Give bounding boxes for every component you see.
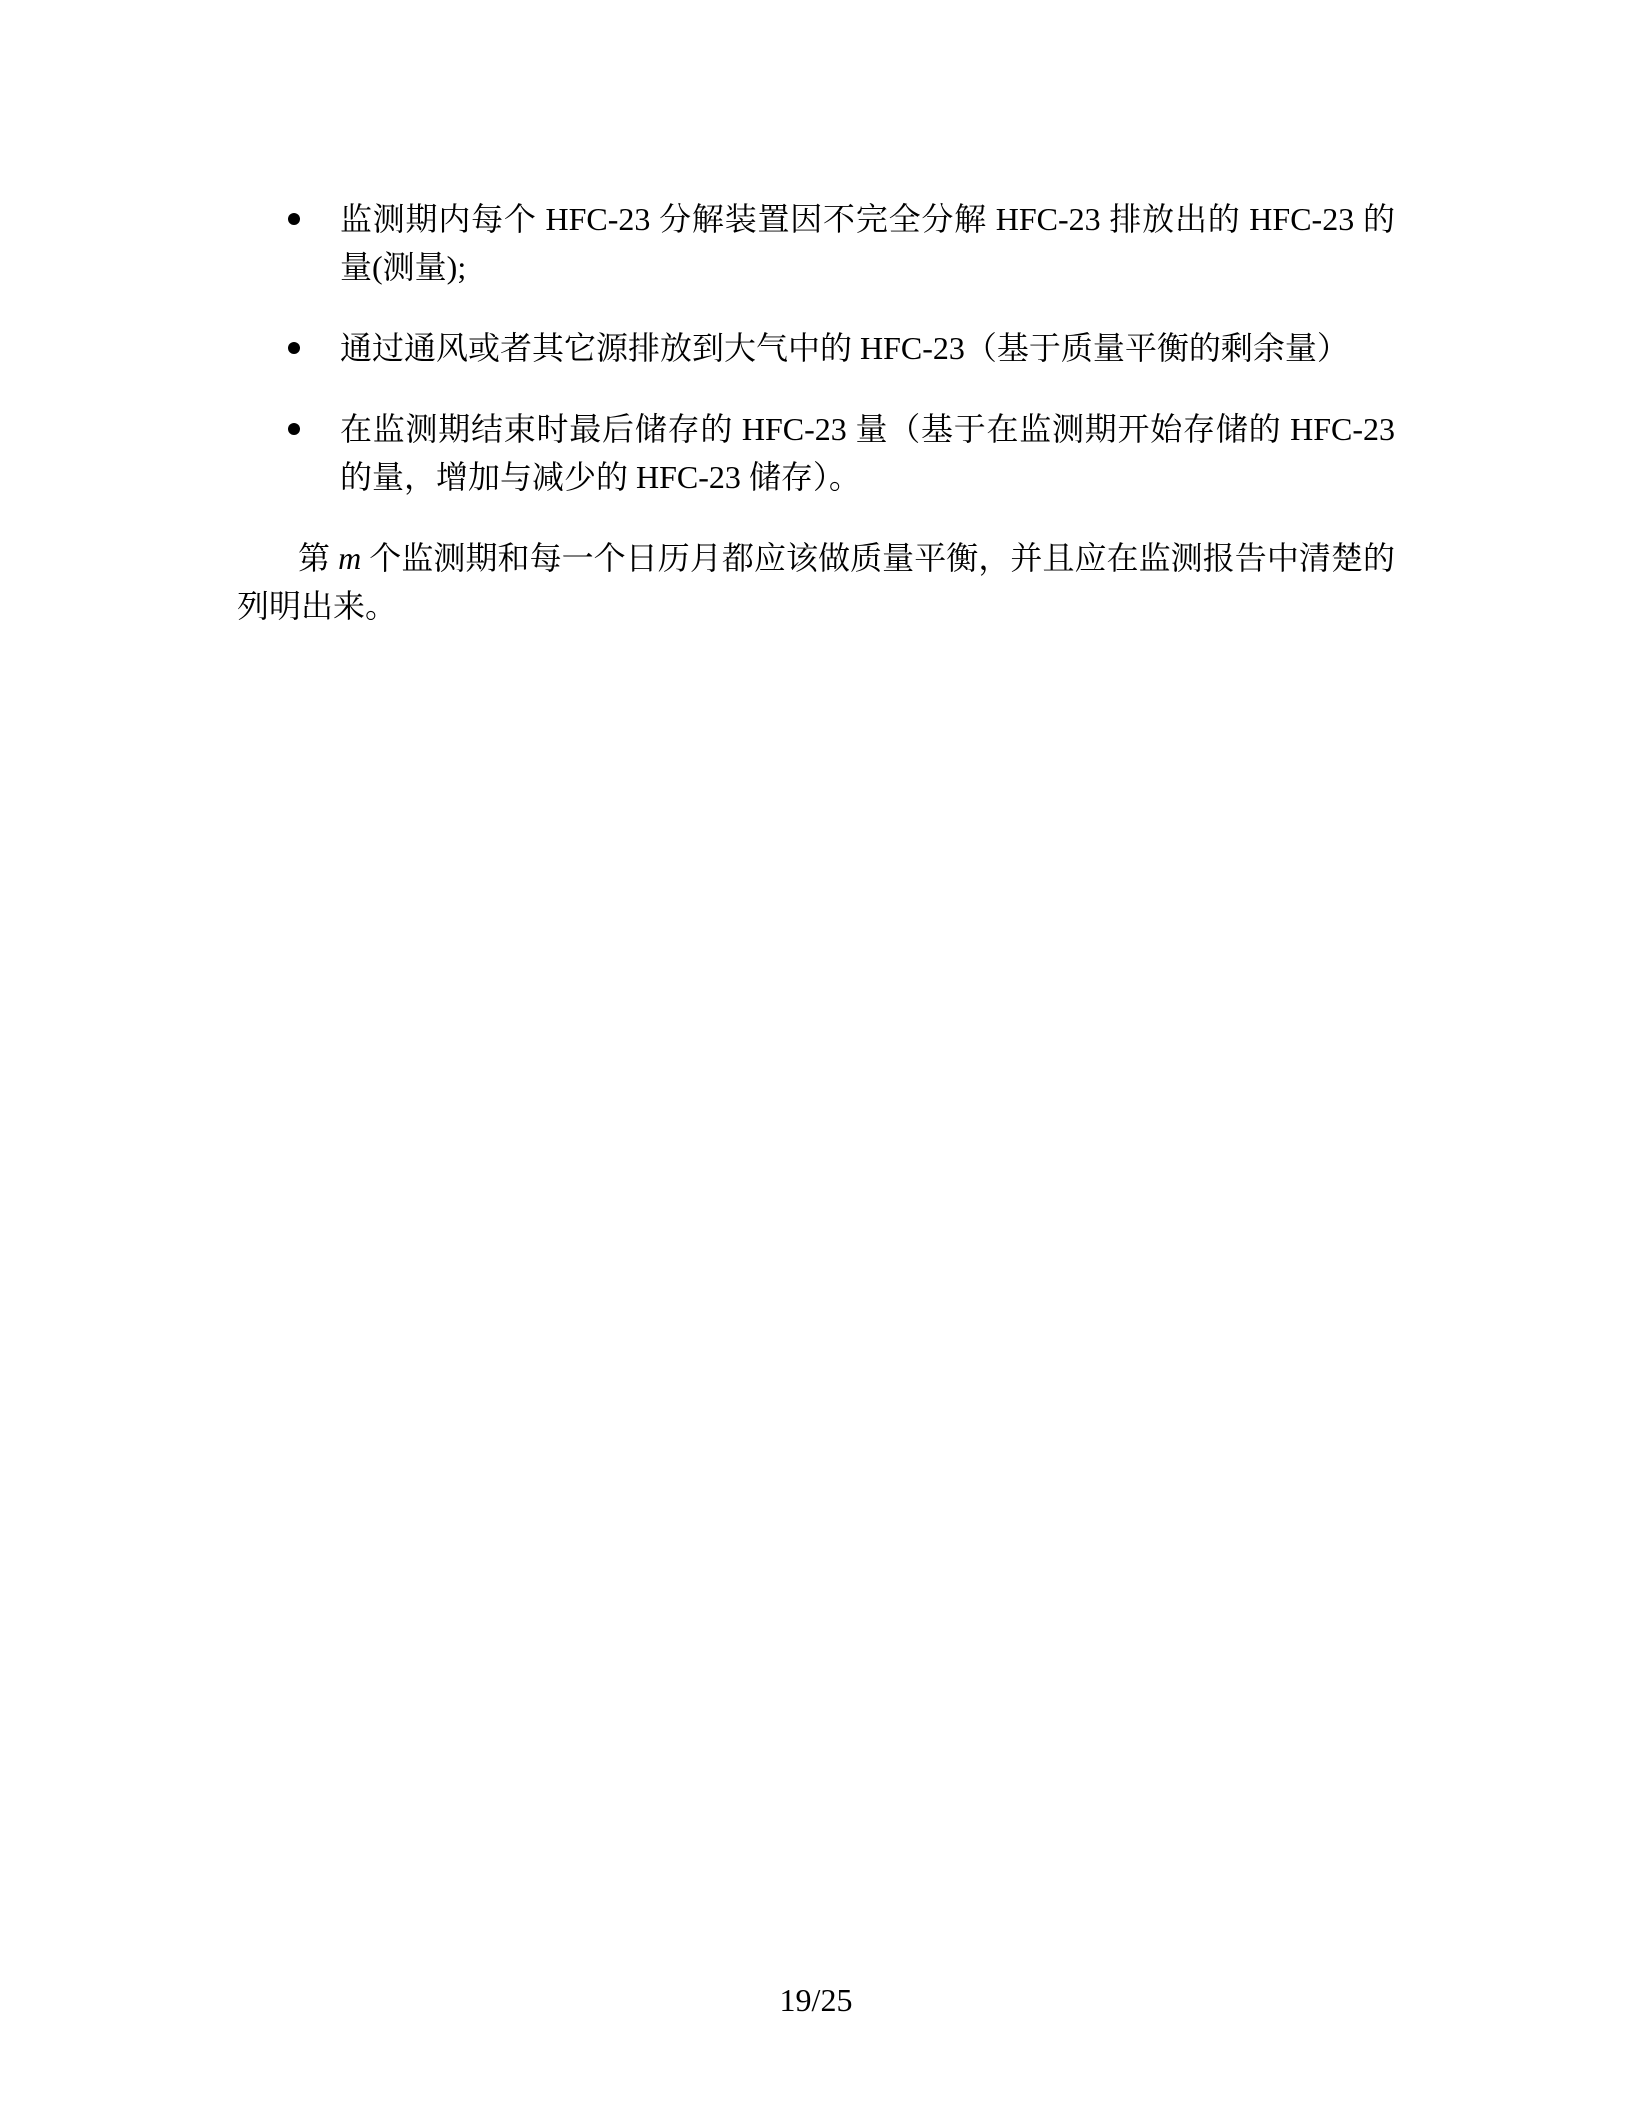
paragraph-line: 列明出来。 — [237, 582, 1395, 630]
list-item: 在监测期结束时最后储存的 HFC-23 量（基于在监测期开始存储的 HFC-23… — [237, 405, 1395, 501]
list-item: 通过通风或者其它源排放到大气中的 HFC-23（基于质量平衡的剩余量） — [237, 324, 1395, 372]
body-paragraph: 第 m 个监测期和每一个日历月都应该做质量平衡，并且应在监测报告中清楚的 列明出… — [237, 534, 1395, 630]
paragraph-line: 第 m 个监测期和每一个日历月都应该做质量平衡，并且应在监测报告中清楚的 — [237, 534, 1395, 582]
list-item-text-line: 在监测期结束时最后储存的 HFC-23 量（基于在监测期开始存储的 HFC-23 — [340, 405, 1395, 453]
list-item: 监测期内每个 HFC-23 分解装置因不完全分解 HFC-23 排放出的 HFC… — [237, 195, 1395, 291]
bullet-icon — [288, 213, 300, 225]
list-item-text-line: 量(测量); — [340, 243, 1395, 291]
page-number: 19/25 — [0, 1981, 1632, 2019]
paragraph-text: 个监测期和每一个日历月都应该做质量平衡，并且应在监测报告中清楚的 — [361, 540, 1395, 576]
list-item-text-line: 通过通风或者其它源排放到大气中的 HFC-23（基于质量平衡的剩余量） — [340, 324, 1395, 372]
bullet-icon — [288, 423, 300, 435]
paragraph-text: 第 — [298, 540, 338, 576]
document-page: 监测期内每个 HFC-23 分解装置因不完全分解 HFC-23 排放出的 HFC… — [0, 0, 1632, 2112]
bullet-icon — [288, 342, 300, 354]
page-body: 监测期内每个 HFC-23 分解装置因不完全分解 HFC-23 排放出的 HFC… — [237, 195, 1395, 630]
bullet-list: 监测期内每个 HFC-23 分解装置因不完全分解 HFC-23 排放出的 HFC… — [237, 195, 1395, 501]
variable-m: m — [338, 540, 361, 576]
list-item-text-line: 的量，增加与减少的 HFC-23 储存）。 — [340, 453, 1395, 501]
list-item-text-line: 监测期内每个 HFC-23 分解装置因不完全分解 HFC-23 排放出的 HFC… — [340, 195, 1395, 243]
